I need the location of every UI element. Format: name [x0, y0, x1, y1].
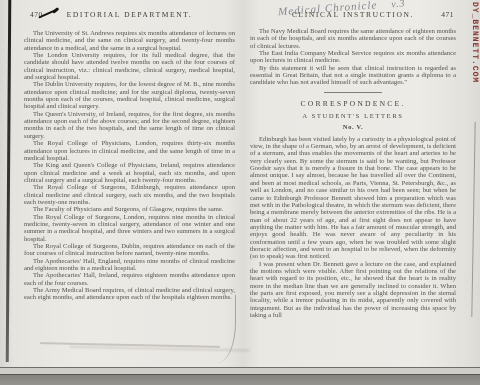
scanner-bed [0, 375, 480, 385]
right-page-number: 471 [441, 10, 454, 19]
paragraph: The Navy Medical Board requires the same… [250, 28, 456, 50]
right-running-head: CLINICAL INSTRUCTION. 471 [250, 10, 456, 22]
section-divider-rule [324, 92, 382, 93]
left-running-header-title: EDITORIAL DEPARTMENT. [67, 10, 193, 19]
paragraph: The Royal College of Surgeons, Dublin, r… [24, 243, 235, 258]
left-page-number: 470 [30, 10, 43, 19]
paragraph: I was present when Dr. Bennett gave a le… [250, 261, 456, 320]
paragraph: The Faculty of Physicians and Surgeons, … [24, 206, 235, 213]
left-running-head: 470 EDITORIAL DEPARTMENT. [24, 10, 235, 22]
correspondence-heading: CORRESPONDENCE. [250, 99, 456, 108]
paragraph: The King and Queen's College of Physicia… [24, 162, 235, 184]
paragraph: The Apothecaries' Hall, Ireland, require… [24, 272, 235, 287]
paragraph: By this statement it will be seen that c… [250, 65, 456, 87]
paragraph: The Queen's University, of Ireland, requ… [24, 111, 235, 140]
students-letters-subheading: A STUDENT'S LETTERS [250, 113, 456, 120]
paragraph: The Apothecaries' Hall, England, require… [24, 258, 235, 273]
paragraph: The Royal College of Physicians, London,… [24, 140, 235, 162]
paragraph: The London University requires, for its … [24, 52, 235, 81]
paragraph: The Royal College of Surgeons, London, r… [24, 214, 235, 243]
right-running-header-title: CLINICAL INSTRUCTION. [292, 10, 414, 19]
paper-bottom-edge [0, 368, 480, 375]
paragraph: The East India Company Medical Service r… [250, 50, 456, 65]
paragraph: The Army Medical Board requires, of clin… [24, 287, 235, 302]
handwriting-volume-note: v.3 [391, 0, 406, 10]
paragraph: The Royal College of Surgeons, Edinburgh… [24, 184, 235, 206]
left-page: 470 EDITORIAL DEPARTMENT. The University… [24, 10, 235, 302]
letter-number: No. V. [250, 124, 456, 131]
paragraph: The University of St. Andrews requires s… [24, 30, 235, 52]
vertical-watermark-text: DY_BENNETT.COM [470, 2, 479, 122]
right-page: CLINICAL INSTRUCTION. 471 The Navy Medic… [250, 10, 456, 319]
book-scan: Medical Chroniclev.3 DY_BENNETT.COM 470 … [0, 0, 480, 385]
paragraph: The Dublin University requires, for the … [24, 81, 235, 110]
paragraph: Edinburgh has been visited lately by a c… [250, 136, 456, 261]
